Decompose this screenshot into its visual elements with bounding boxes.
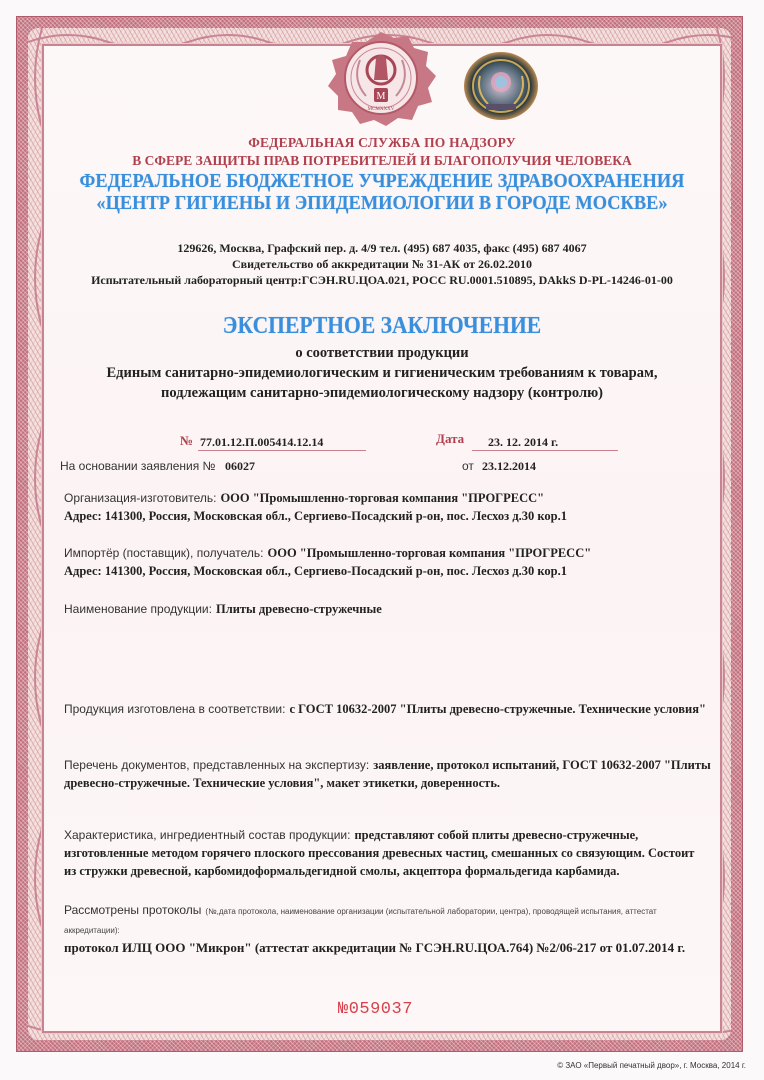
lab-center-ids: Испытательный лабораторный центр:ГСЭН.RU… bbox=[0, 273, 764, 288]
manufacturer-section: Организация-изготовитель: ООО "Промышлен… bbox=[64, 489, 714, 525]
protocols-section: Рассмотрены протоколы (№,дата протокола,… bbox=[64, 901, 714, 956]
product-section: Наименование продукции: Плиты древесно-с… bbox=[64, 600, 714, 618]
importer-address: Адрес: 141300, Россия, Московская обл., … bbox=[64, 564, 567, 578]
standard-label: Продукция изготовлена в соответствии: bbox=[64, 702, 285, 716]
composition-value-line1: представляют собой плиты древесно-струже… bbox=[354, 828, 638, 842]
hologram-seal-icon bbox=[462, 50, 540, 122]
manufacturer-label: Организация-изготовитель: bbox=[64, 491, 216, 505]
conclusion-number: 77.01.12.П.005414.12.14 bbox=[200, 435, 323, 450]
printer-copyright: © ЗАО «Первый печатный двор», г. Москва,… bbox=[557, 1061, 746, 1070]
svg-text:MCMXXXV: MCMXXXV bbox=[368, 107, 395, 112]
manufacturer-value: ООО "Промышленно-торговая компания "ПРОГ… bbox=[220, 491, 544, 505]
institution-address: 129626, Москва, Графский пер. д. 4/9 тел… bbox=[0, 241, 764, 256]
number-label: № bbox=[180, 433, 193, 449]
date-label: Дата bbox=[436, 431, 464, 447]
documents-value-line2: древесно-стружечные. Технические условия… bbox=[64, 776, 500, 790]
agency-name-line2: В СФЕРЕ ЗАЩИТЫ ПРАВ ПОТРЕБИТЕЛЕЙ И БЛАГО… bbox=[0, 153, 764, 169]
importer-value: ООО "Промышленно-торговая компания "ПРОГ… bbox=[268, 546, 592, 560]
importer-label: Импортёр (поставщик), получатель: bbox=[64, 546, 264, 560]
application-from-label: от bbox=[462, 459, 474, 473]
number-underline bbox=[198, 450, 366, 451]
composition-label: Характеристика, ингредиентный состав про… bbox=[64, 828, 350, 842]
certificate-sheet: M MCMXXXV ФЕДЕРАЛЬНАЯ СЛУЖБА ПО НАДЗОРУ … bbox=[0, 0, 764, 1080]
composition-section: Характеристика, ингредиентный состав про… bbox=[64, 826, 714, 880]
agency-name-line1: ФЕДЕРАЛЬНАЯ СЛУЖБА ПО НАДЗОРУ bbox=[0, 135, 764, 151]
application-label: На основании заявления № bbox=[60, 459, 215, 473]
documents-value-line1: заявление, протокол испытаний, ГОСТ 1063… bbox=[373, 758, 711, 772]
standard-value: с ГОСТ 10632-2007 "Плиты древесно-струже… bbox=[289, 702, 705, 716]
institution-name-line1: ФЕДЕРАЛЬНОЕ БЮДЖЕТНОЕ УЧРЕЖДЕНИЕ ЗДРАВОО… bbox=[31, 170, 734, 193]
rospotrebnadzor-emblem-icon: M MCMXXXV bbox=[322, 30, 440, 126]
manufacturer-address: Адрес: 141300, Россия, Московская обл., … bbox=[64, 509, 567, 523]
document-subtitle-line2: Единым санитарно-эпидемиологическим и ги… bbox=[0, 365, 764, 382]
date-underline bbox=[472, 450, 618, 451]
document-subtitle-line1: о соответствии продукции bbox=[0, 345, 764, 362]
application-date: 23.12.2014 bbox=[482, 459, 536, 474]
accreditation-certificate: Свидетельство об аккредитации № 31-АК от… bbox=[0, 257, 764, 272]
application-number: 06027 bbox=[225, 459, 255, 474]
standard-section: Продукция изготовлена в соответствии: с … bbox=[64, 700, 714, 718]
product-label: Наименование продукции: bbox=[64, 602, 212, 616]
form-serial-number: №059037 bbox=[338, 1000, 413, 1019]
document-title: ЭКСПЕРТНОЕ ЗАКЛЮЧЕНИЕ bbox=[38, 313, 726, 340]
svg-text:M: M bbox=[377, 91, 386, 102]
institution-name-line2: «ЦЕНТР ГИГИЕНЫ И ЭПИДЕМИОЛОГИИ В ГОРОДЕ … bbox=[31, 192, 734, 215]
protocols-label: Рассмотрены протоколы bbox=[64, 903, 201, 917]
composition-value-line3: из стружки древесной, карбомидоформальде… bbox=[64, 864, 620, 878]
composition-value-line2: изготовленные методом горячего плоского … bbox=[64, 846, 694, 860]
protocols-value: протокол ИЛЦ ООО "Микрон" (аттестат аккр… bbox=[64, 940, 685, 955]
product-value: Плиты древесно-стружечные bbox=[216, 602, 382, 616]
document-subtitle-line3: подлежащим санитарно-эпидемиологическому… bbox=[0, 385, 764, 402]
documents-section: Перечень документов, представленных на э… bbox=[64, 756, 714, 792]
documents-label: Перечень документов, представленных на э… bbox=[64, 758, 369, 772]
conclusion-date: 23. 12. 2014 г. bbox=[488, 435, 558, 450]
importer-section: Импортёр (поставщик), получатель: ООО "П… bbox=[64, 544, 714, 580]
